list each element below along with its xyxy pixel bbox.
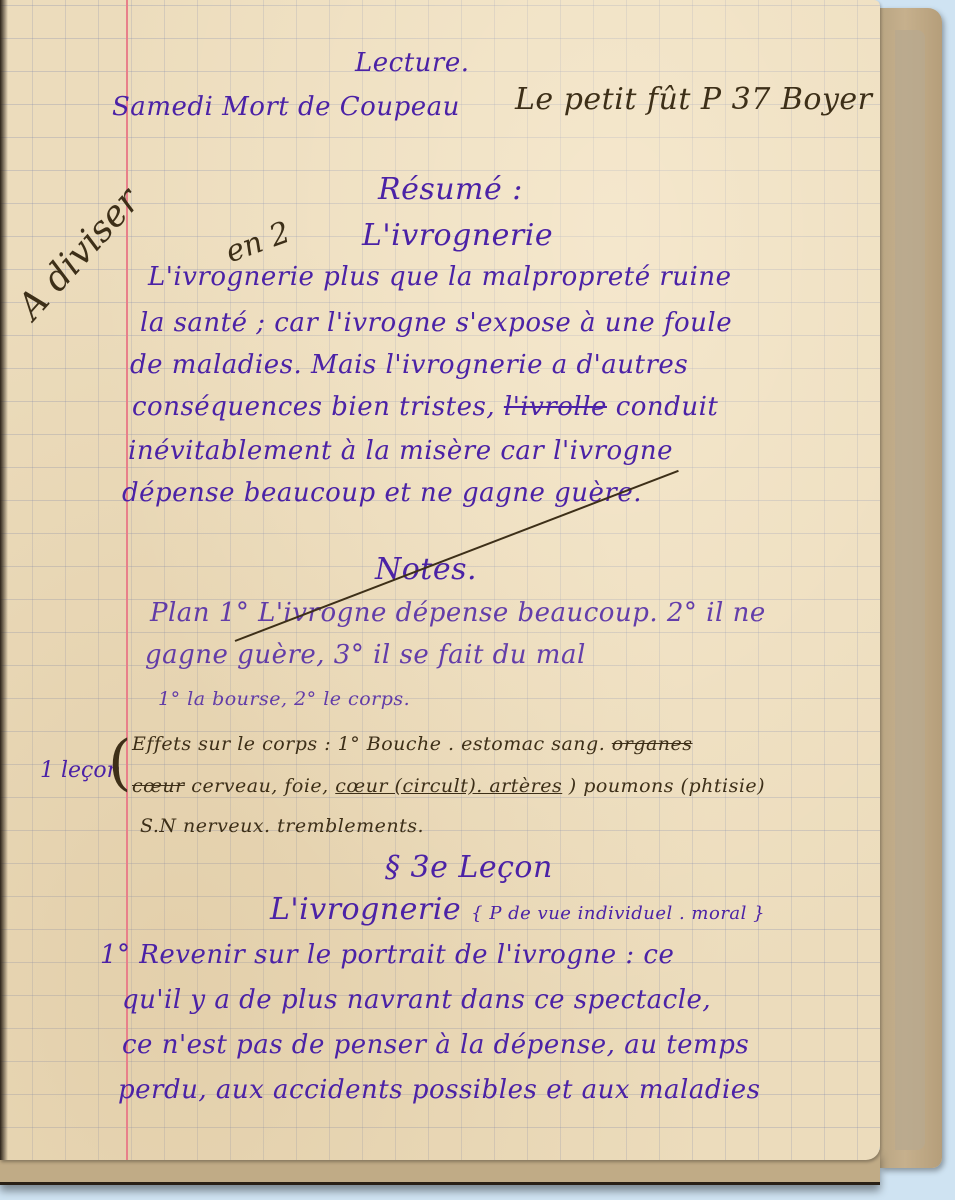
resume-line-6: dépense beaucoup et ne gagne guère.	[122, 478, 642, 508]
underlined-phrase: cœur (circult). artères	[335, 775, 562, 797]
lesson3-line-3: ce n'est pas de penser à la dépense, au …	[122, 1030, 749, 1060]
plan-line-2: gagne guère, 3° il se fait du mal	[145, 640, 586, 670]
resume-title: L'ivrognerie	[362, 218, 553, 253]
lesson3-line-1: 1° Revenir sur le portrait de l'ivrogne …	[100, 940, 674, 970]
effets-line-3: S.N nerveux. tremblements.	[140, 815, 424, 837]
brace-bracket: (	[108, 728, 131, 798]
struck-word: cœur	[132, 775, 185, 797]
resume-line-4-end: conduit	[616, 392, 719, 422]
effets-line-1-text: Effets sur le corps : 1° Bouche . estoma…	[132, 733, 605, 755]
lesson3-line-4: perdu, aux accidents possibles et aux ma…	[118, 1075, 761, 1105]
effets-line-2: cœur cerveau, foie, cœur (circult). artè…	[132, 775, 765, 797]
lesson3-heading: § 3e Leçon	[385, 850, 553, 885]
effets-line-2a: cerveau, foie,	[191, 775, 328, 797]
notebook-page: Lecture. Samedi Mort de Coupeau Le petit…	[0, 0, 880, 1160]
resume-heading: Résumé :	[378, 172, 523, 207]
effets-line-1: Effets sur le corps : 1° Bouche . estoma…	[132, 733, 693, 755]
resume-line-2: la santé ; car l'ivrogne s'expose à une …	[140, 308, 732, 338]
reading-reference: Le petit fût P 37 Boyer	[515, 82, 873, 117]
resume-line-3: de maladies. Mais l'ivrognerie a d'autre…	[130, 350, 688, 380]
reading-day-note: Samedi Mort de Coupeau	[112, 92, 460, 122]
resume-line-4-text: conséquences bien tristes,	[132, 392, 495, 422]
binding-shadow	[0, 0, 8, 1160]
lesson3-title-note: { P de vue individuel . moral }	[471, 903, 765, 924]
resume-line-1: L'ivrognerie plus que la malpropreté rui…	[148, 262, 731, 292]
struck-word: l'ivrolle	[504, 392, 607, 422]
lesson3-line-2: qu'il y a de plus navrant dans ce specta…	[122, 985, 711, 1015]
resume-line-5: inévitablement à la misère car l'ivrogne	[128, 436, 673, 466]
resume-line-4: conséquences bien tristes, l'ivrolle con…	[132, 392, 718, 422]
section-title-lecture: Lecture.	[355, 48, 470, 78]
lesson3-title-text: L'ivrognerie	[270, 892, 461, 927]
effets-line-2b: ) poumons (phtisie)	[569, 775, 765, 797]
plan-line-1: Plan 1° L'ivrogne dépense beaucoup. 2° i…	[150, 598, 766, 628]
lesson3-title: L'ivrognerie { P de vue individuel . mor…	[270, 892, 765, 927]
plan-line-3: 1° la bourse, 2° le corps.	[158, 688, 410, 710]
notebook-page-edges	[895, 30, 925, 1150]
struck-word: organes	[612, 733, 693, 755]
